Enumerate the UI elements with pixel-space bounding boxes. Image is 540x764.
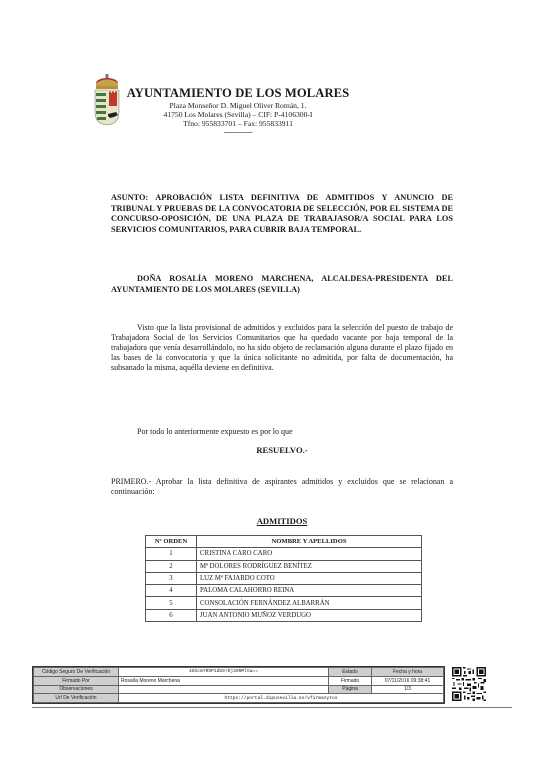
orden-cell: 5 [146,597,197,609]
nombre-cell: LUZ Mª FAJARDO COTO [197,572,422,584]
nombre-cell: JUAN ANTONIO MUÑOZ VERDUGO [197,609,422,621]
admitidos-title: ADMITIDOS [111,516,453,527]
orden-cell: 2 [146,560,197,572]
table-row: 6 JUAN ANTONIO MUÑOZ VERDUGO [146,609,422,621]
column-header-orden: Nº ORDEN [146,536,197,548]
column-header-nombre: NOMBRE Y APELLIDOS [197,536,422,548]
url-label: Url De Verificación [34,694,119,703]
subject-paragraph: ASUNTO: APROBACIÓN LISTA DEFINITIVA DE A… [111,193,453,235]
nombre-cell: CONSOLACIÓN FERNÁNDEZ ALBARRÁN [197,597,422,609]
admitidos-table: Nº ORDEN NOMBRE Y APELLIDOS 1 CRISTINA C… [145,535,422,622]
table-row: 4 PALOMA CALAHORRO REINA [146,585,422,597]
coat-of-arms-icon [94,74,120,126]
codigo-value: 4Ghcm7RSP1dGS+Dj3XRMltw== [119,668,329,677]
nombre-cell: Mª DOLORES RODRÍGUEZ BENÍTEZ [197,560,422,572]
firmado-por-value: Rosalía Moreno Marchena [119,676,329,685]
footer-divider [32,707,512,708]
document-page: AYUNTAMIENTO DE LOS MOLARES Plaza Monseñ… [0,0,540,764]
expuesto-paragraph: Por todo lo anteriormente expuesto es po… [111,427,453,437]
observaciones-value [119,685,329,694]
table-header-row: Nº ORDEN NOMBRE Y APELLIDOS [146,536,422,548]
primero-paragraph: PRIMERO.- Aprobar la lista definitiva de… [111,477,453,497]
header-divider: -------------- [120,129,356,135]
qr-code-icon [452,667,486,701]
visto-paragraph: Visto que la lista provisional de admiti… [111,323,453,373]
table-row: 5 CONSOLACIÓN FERNÁNDEZ ALBARRÁN [146,597,422,609]
orden-cell: 1 [146,548,197,560]
signature-table: Código Seguro De Verificación 4Ghcm7RSP1… [33,667,444,703]
fecha-label: Fecha y hora [372,668,444,677]
nombre-cell: CRISTINA CARO CARO [197,548,422,560]
letterhead: AYUNTAMIENTO DE LOS MOLARES Plaza Monseñ… [120,86,356,135]
url-value[interactable]: https://portal.dipusevilla.es/vfirmaAyto… [119,694,444,703]
pagina-value: 1/3 [372,685,444,694]
address-line-2: 41750 Los Molares (Sevilla) – CIF: P-410… [120,110,356,119]
resuelvo-heading: RESUELVO.- [111,445,453,456]
observaciones-label: Observaciones [34,685,119,694]
pagina-label: Página [329,685,372,694]
signatory-paragraph: DOÑA ROSALÍA MORENO MARCHENA, ALCALDESA-… [111,274,453,295]
fecha-value: 07/11/2016 09:38:41 [372,676,444,685]
estado-value: Firmado [329,676,372,685]
orden-cell: 4 [146,585,197,597]
firmado-por-label: Firmado Por [34,676,119,685]
table-row: 1 CRISTINA CARO CARO [146,548,422,560]
admitidos-table-wrapper: Nº ORDEN NOMBRE Y APELLIDOS 1 CRISTINA C… [145,535,422,622]
orden-cell: 3 [146,572,197,584]
nombre-cell: PALOMA CALAHORRO REINA [197,585,422,597]
codigo-label: Código Seguro De Verificación [34,668,119,677]
table-row: 3 LUZ Mª FAJARDO COTO [146,572,422,584]
estado-label: Estado [329,668,372,677]
address-line-1: Plaza Monseñor D. Miguel Oliver Román, 1… [120,101,356,110]
institution-name: AYUNTAMIENTO DE LOS MOLARES [120,86,356,101]
table-row: 2 Mª DOLORES RODRÍGUEZ BENÍTEZ [146,560,422,572]
orden-cell: 6 [146,609,197,621]
signature-verification-block: Código Seguro De Verificación 4Ghcm7RSP1… [32,666,445,704]
